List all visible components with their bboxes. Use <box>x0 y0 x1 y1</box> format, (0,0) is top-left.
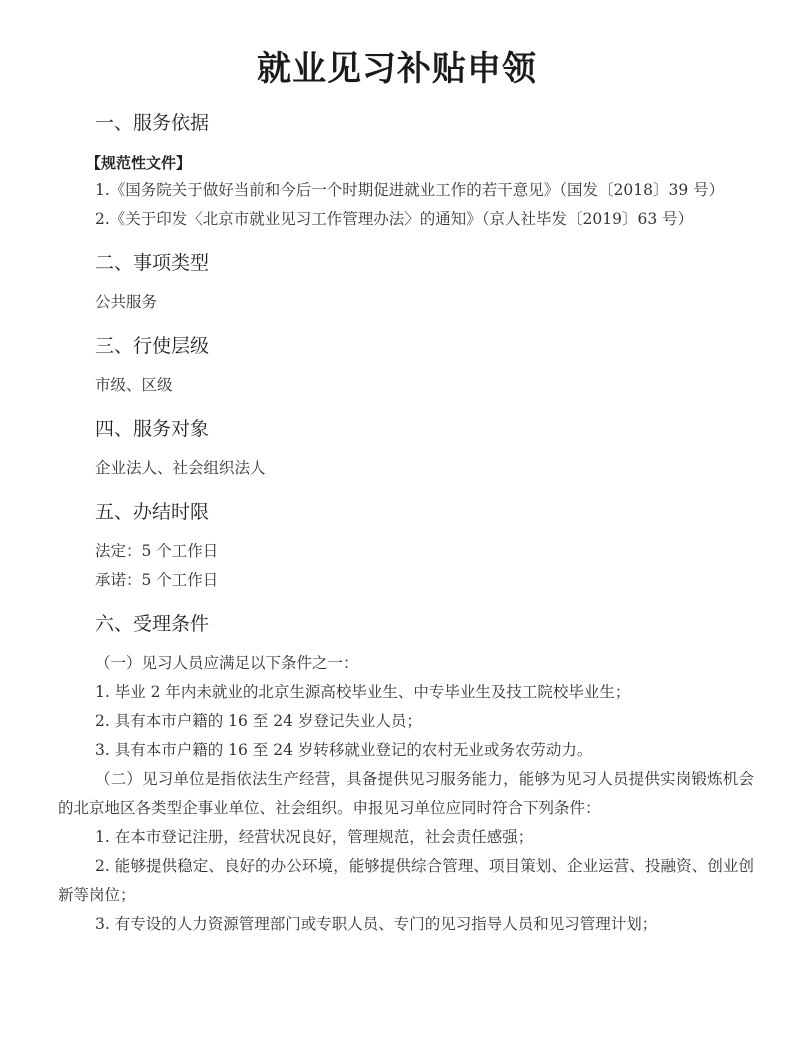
host-unit-condition-1: 1. 在本市登记注册，经营状况良好，管理规范，社会责任感强； <box>58 823 754 852</box>
section-heading: 六、受理条件 <box>58 609 754 639</box>
section-heading: 四、服务对象 <box>58 414 754 444</box>
section-heading: 五、办结时限 <box>58 497 754 527</box>
section-heading: 三、行使层级 <box>58 331 754 361</box>
host-unit-condition-2: 2. 能够提供稳定、良好的办公环境，能够提供综合管理、项目策划、企业运营、投融资… <box>58 852 754 910</box>
promised-time-limit: 承诺：5 个工作日 <box>58 566 754 595</box>
section-heading: 一、服务依据 <box>58 108 754 138</box>
normative-documents-subheading: 【规范性文件】 <box>58 150 754 176</box>
statutory-time-limit: 法定：5 个工作日 <box>58 537 754 566</box>
document-page: 就业见习补贴申领 一、服务依据 【规范性文件】 1.《国务院关于做好当前和今后一… <box>0 0 794 1044</box>
trainee-condition-2: 2. 具有本市户籍的 16 至 24 岁登记失业人员； <box>58 707 754 736</box>
service-target-value: 企业法人、社会组织法人 <box>58 454 754 483</box>
section-heading: 二、事项类型 <box>58 248 754 278</box>
section-item-type: 二、事项类型 公共服务 <box>58 248 754 317</box>
document-body: 一、服务依据 【规范性文件】 1.《国务院关于做好当前和今后一个时期促进就业工作… <box>58 108 754 939</box>
document-title: 就业见习补贴申领 <box>0 45 794 93</box>
host-unit-condition-3: 3. 有专设的人力资源管理部门或专职人员、专门的见习指导人员和见习管理计划； <box>58 910 754 939</box>
exercise-level-value: 市级、区级 <box>58 371 754 400</box>
section-service-basis: 一、服务依据 【规范性文件】 1.《国务院关于做好当前和今后一个时期促进就业工作… <box>58 108 754 234</box>
reference-document-1: 1.《国务院关于做好当前和今后一个时期促进就业工作的若干意见》（国发〔2018〕… <box>58 176 754 205</box>
section-exercise-level: 三、行使层级 市级、区级 <box>58 331 754 400</box>
host-unit-conditions-intro: （二）见习单位是指依法生产经营，具备提供见习服务能力，能够为见习人员提供实岗锻炼… <box>58 765 754 823</box>
section-time-limit: 五、办结时限 法定：5 个工作日 承诺：5 个工作日 <box>58 497 754 595</box>
reference-document-2: 2.《关于印发〈北京市就业见习工作管理办法〉的通知》（京人社毕发〔2019〕63… <box>58 205 754 234</box>
trainee-condition-1: 1. 毕业 2 年内未就业的北京生源高校毕业生、中专毕业生及技工院校毕业生； <box>58 678 754 707</box>
section-service-target: 四、服务对象 企业法人、社会组织法人 <box>58 414 754 483</box>
trainee-condition-3: 3. 具有本市户籍的 16 至 24 岁转移就业登记的农村无业或务农劳动力。 <box>58 736 754 765</box>
item-type-value: 公共服务 <box>58 288 754 317</box>
section-acceptance-conditions: 六、受理条件 （一）见习人员应满足以下条件之一： 1. 毕业 2 年内未就业的北… <box>58 609 754 939</box>
trainee-conditions-intro: （一）见习人员应满足以下条件之一： <box>58 649 754 678</box>
